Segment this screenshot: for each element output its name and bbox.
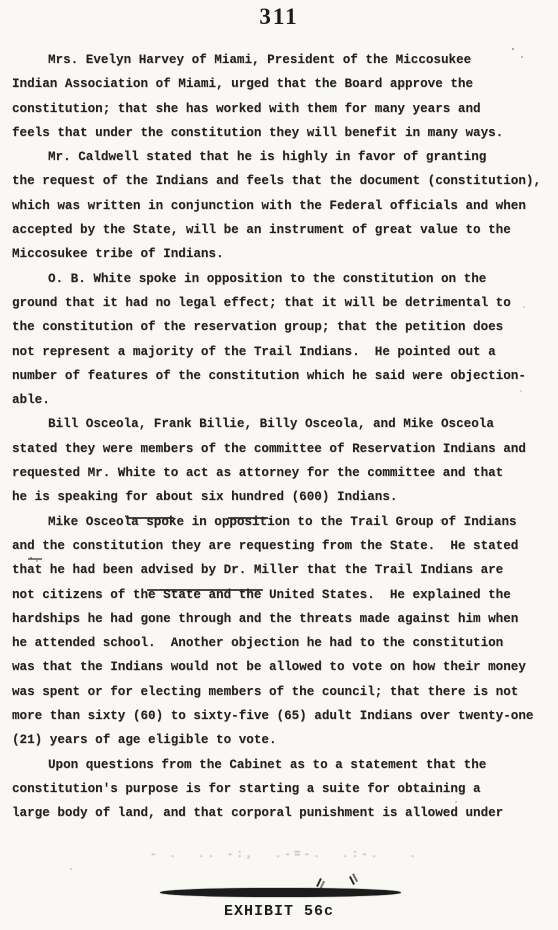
paragraph-mike-osceola: Mike Osceola spoke in opposition to the … <box>12 510 556 753</box>
text-line: ground that it had no legal effect; that… <box>12 291 556 315</box>
text-line: (21) years of age eligible to vote. <box>12 728 556 752</box>
text-line: stated they were members of the committe… <box>12 437 556 461</box>
overstrike-mark <box>147 589 263 591</box>
text-line: more than sixty (60) to sixty-five (65) … <box>12 704 556 728</box>
overstrike-mark <box>28 558 42 560</box>
text-line: Indian Association of Miami, urged that … <box>12 72 556 96</box>
text-line: was that the Indians would not be allowe… <box>12 655 556 679</box>
paragraph-white: O. B. White spoke in opposition to the c… <box>12 267 556 413</box>
text-line: Miccosukee tribe of Indians. <box>12 242 556 266</box>
document-page: 311 Mrs. Evelyn Harvey of Miami, Preside… <box>0 0 558 930</box>
text-line: that he had been advised by Dr. Miller t… <box>12 558 556 582</box>
text-line: Upon questions from the Cabinet as to a … <box>12 753 556 777</box>
scan-noise <box>0 0 2 2</box>
text-line: the constitution of the reservation grou… <box>12 315 556 339</box>
text-line: Mike Osceola spoke in opposition to the … <box>12 510 556 534</box>
document-body: Mrs. Evelyn Harvey of Miami, President o… <box>12 48 556 826</box>
text-line: and the constitution they are requesting… <box>12 534 556 558</box>
text-line: which was written in conjunction with th… <box>12 194 556 218</box>
text-line: not represent a majority of the Trail In… <box>12 340 556 364</box>
paragraph-caldwell: Mr. Caldwell stated that he is highly in… <box>12 145 556 266</box>
tick-mark-icon <box>349 876 355 885</box>
text-line: feels that under the constitution they w… <box>12 121 556 145</box>
exhibit-caption: EXHIBIT 56c <box>0 903 558 920</box>
text-line: Bill Osceola, Frank Billie, Billy Osceol… <box>12 412 556 436</box>
overstrike-mark <box>126 517 174 519</box>
text-line: constitution; that she has worked with t… <box>12 97 556 121</box>
text-line: requested Mr. White to act as attorney f… <box>12 461 556 485</box>
tick-mark-icon <box>316 878 322 887</box>
text-line: large body of land, and that corporal pu… <box>12 801 556 825</box>
text-line: he is speaking for about six hundred (60… <box>12 485 556 509</box>
text-line: the request of the Indians and feels tha… <box>12 169 556 193</box>
text-line: accepted by the State, will be an instru… <box>12 218 556 242</box>
text-line: not citizens of the State and the United… <box>12 583 556 607</box>
text-line: Mrs. Evelyn Harvey of Miami, President o… <box>12 48 556 72</box>
paragraph-harvey: Mrs. Evelyn Harvey of Miami, President o… <box>12 48 556 145</box>
paragraph-cabinet: Upon questions from the Cabinet as to a … <box>12 753 556 826</box>
paragraph-committee: Bill Osceola, Frank Billie, Billy Osceol… <box>12 412 556 509</box>
text-line: O. B. White spoke in opposition to the c… <box>12 267 556 291</box>
text-line: he attended school. Another objection he… <box>12 631 556 655</box>
page-number: 311 <box>0 4 558 30</box>
text-line: was spent or for electing members of the… <box>12 680 556 704</box>
smudge-mark: - . .. -:, .-=-. .:-. . <box>150 849 420 861</box>
black-bar <box>160 888 401 897</box>
overstrike-mark <box>228 517 268 519</box>
text-line: Mr. Caldwell stated that he is highly in… <box>12 145 556 169</box>
text-line: able. <box>12 388 556 412</box>
text-line: number of features of the constitution w… <box>12 364 556 388</box>
text-line: hardships he had gone through and the th… <box>12 607 556 631</box>
text-line: constitution's purpose is for starting a… <box>12 777 556 801</box>
